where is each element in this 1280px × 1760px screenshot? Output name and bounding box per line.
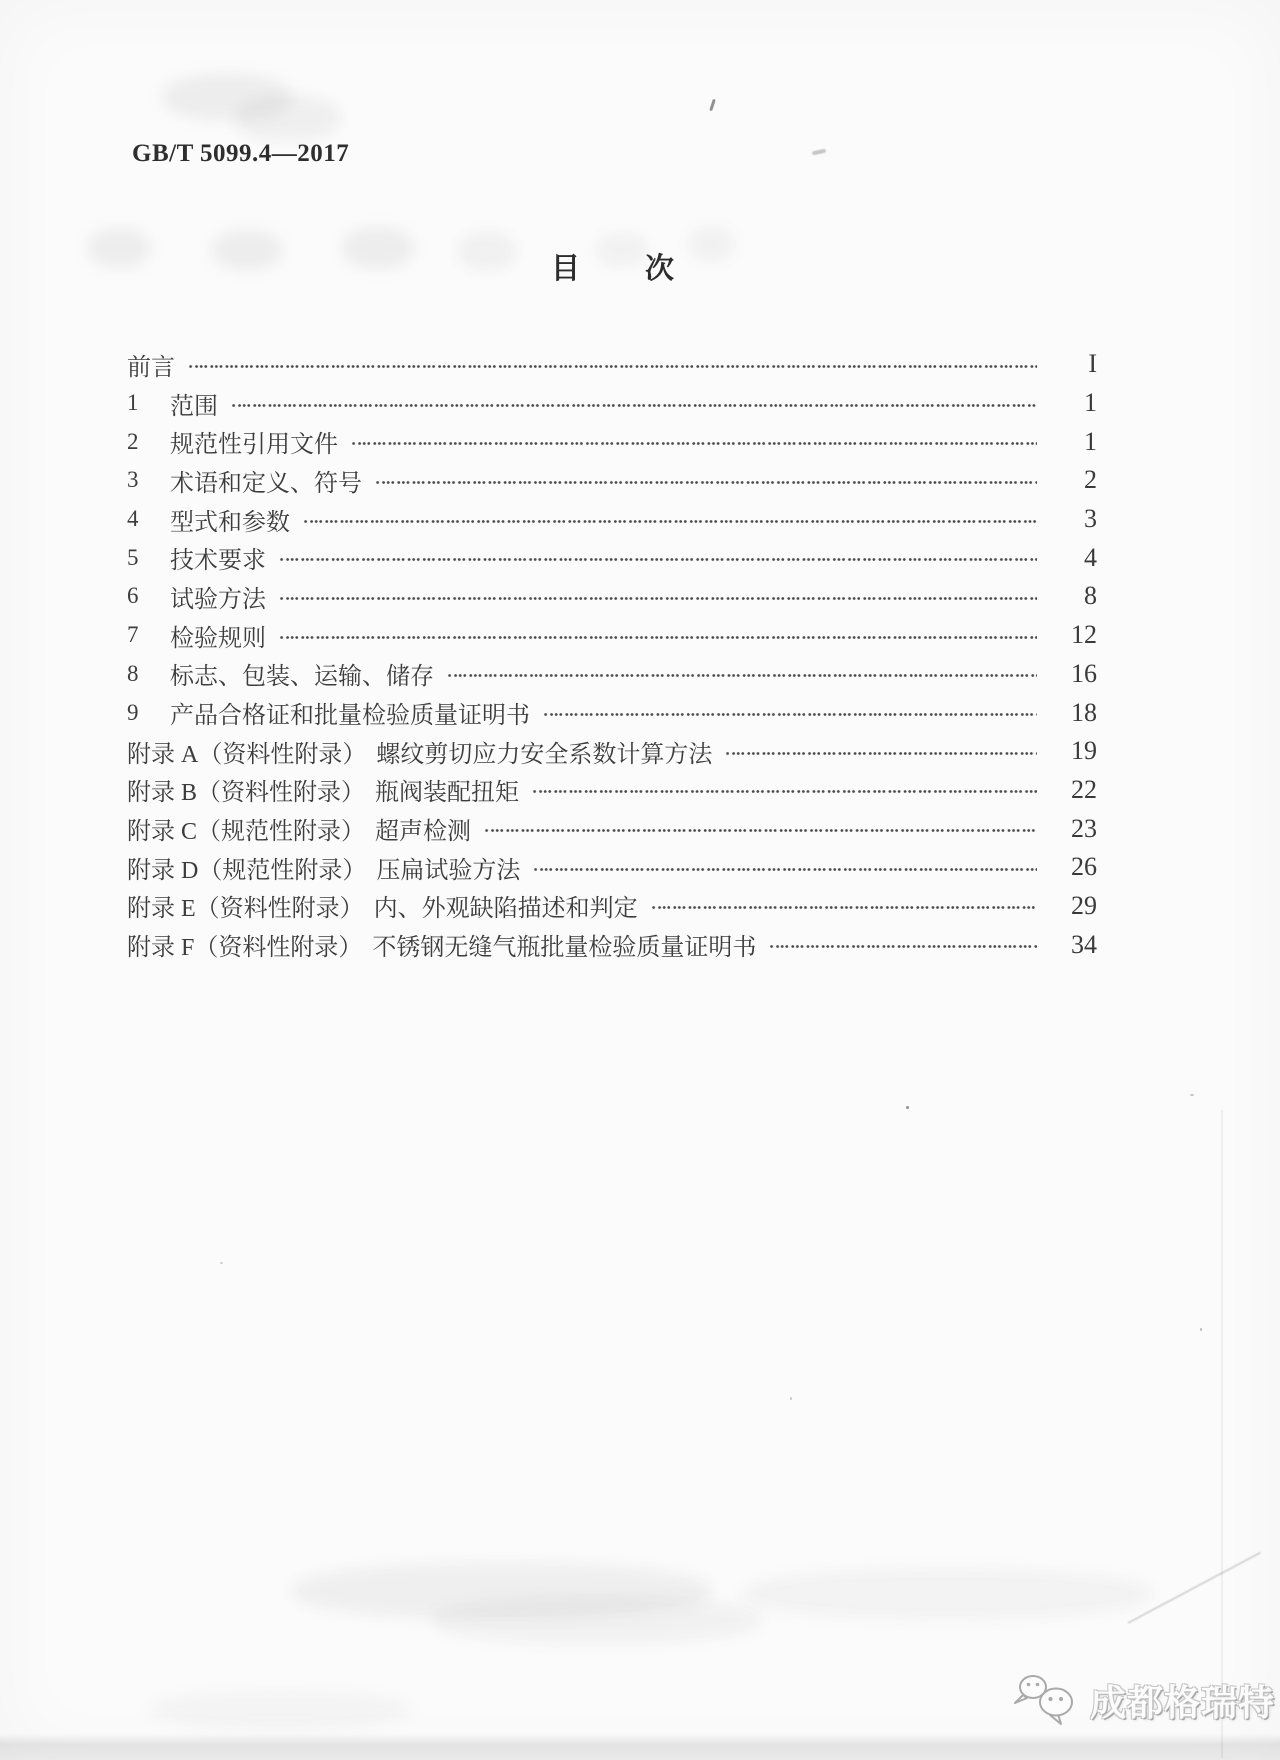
toc-entry-label: 内、外观缺陷描述和判定 bbox=[374, 888, 638, 923]
toc-entry-number: 5 bbox=[127, 545, 170, 571]
scan-speck bbox=[1200, 1328, 1202, 1331]
page-title: 目 次 bbox=[551, 246, 692, 287]
scan-speck bbox=[1190, 1094, 1194, 1096]
toc-leader-dots bbox=[280, 556, 1037, 563]
toc-entry-page-number: 8 bbox=[1051, 581, 1097, 611]
toc-leader-dots bbox=[652, 904, 1037, 911]
toc-entry-page-number: 16 bbox=[1051, 659, 1097, 689]
scan-speck bbox=[906, 1106, 909, 1109]
toc-leader-dots bbox=[533, 788, 1037, 795]
toc-leader-dots bbox=[304, 518, 1037, 525]
scan-bottom-edge bbox=[0, 1734, 1280, 1760]
toc-entry-label: 前言 bbox=[127, 347, 175, 382]
toc-entry-appendix-prefix: 附录 E（资料性附录） bbox=[127, 888, 364, 923]
toc-entry-page-number: I bbox=[1051, 349, 1097, 379]
toc-row: 附录 C（规范性附录）超声检测23 bbox=[127, 809, 1097, 848]
scan-smudge bbox=[235, 96, 340, 140]
scanned-document-page: GB/T 5099.4—2017 目 次 前言I1范围12规范性引用文件13术语… bbox=[0, 0, 1280, 1760]
watermark: 成都格瑞特 bbox=[1008, 1670, 1275, 1730]
scan-ghost-text bbox=[458, 232, 516, 270]
toc-leader-dots bbox=[485, 827, 1037, 834]
toc-entry-label: 产品合格证和批量检验质量证明书 bbox=[170, 695, 530, 730]
toc-entry-page-number: 34 bbox=[1051, 930, 1097, 960]
toc-leader-dots bbox=[534, 866, 1037, 873]
toc-entry-label: 试验方法 bbox=[170, 579, 266, 614]
toc-entry-page-number: 4 bbox=[1051, 543, 1097, 573]
toc-leader-dots bbox=[352, 440, 1037, 447]
toc-entry-label: 超声检测 bbox=[375, 811, 471, 846]
toc-row: 5技术要求4 bbox=[127, 538, 1097, 577]
toc-row: 附录 E（资料性附录）内、外观缺陷描述和判定29 bbox=[127, 887, 1097, 926]
toc-entry-number: 1 bbox=[127, 390, 170, 416]
toc-row: 附录 D（规范性附录）压扁试验方法26 bbox=[127, 848, 1097, 887]
toc-leader-dots bbox=[544, 711, 1037, 718]
scan-ghost-text bbox=[292, 1562, 712, 1620]
toc-entry-appendix-prefix: 附录 D（规范性附录） bbox=[127, 850, 366, 885]
scan-ghost-text bbox=[342, 227, 414, 269]
toc-entry-label: 螺纹剪切应力安全系数计算方法 bbox=[376, 734, 712, 769]
scan-mark bbox=[812, 149, 827, 156]
toc-row: 7检验规则12 bbox=[127, 616, 1097, 655]
toc-entry-appendix-prefix: 附录 B（资料性附录） bbox=[127, 772, 365, 807]
toc-entry-number: 9 bbox=[127, 700, 170, 726]
scan-mark bbox=[709, 99, 716, 111]
scan-edge-line bbox=[1221, 1110, 1223, 1758]
scan-ghost-text bbox=[742, 1568, 1152, 1620]
watermark-text: 成都格瑞特 bbox=[1090, 1675, 1275, 1726]
toc-entry-number: 3 bbox=[127, 467, 170, 493]
scan-ghost-text bbox=[688, 226, 734, 262]
toc-entry-page-number: 29 bbox=[1051, 891, 1097, 921]
scan-speck bbox=[790, 1397, 792, 1400]
toc-entry-number: 4 bbox=[127, 506, 170, 532]
toc-entry-appendix-prefix: 附录 A（资料性附录） bbox=[127, 734, 366, 769]
toc-row: 2规范性引用文件1 bbox=[127, 422, 1097, 461]
toc-row: 4型式和参数3 bbox=[127, 500, 1097, 539]
toc-leader-dots bbox=[189, 363, 1037, 370]
toc-entry-number: 7 bbox=[127, 622, 170, 648]
toc-entry-page-number: 12 bbox=[1051, 620, 1097, 650]
toc-row: 前言I bbox=[127, 345, 1097, 384]
toc-entry-label: 范围 bbox=[170, 386, 218, 421]
toc-leader-dots bbox=[448, 672, 1037, 679]
toc-entry-page-number: 3 bbox=[1051, 504, 1097, 534]
toc-entry-number: 6 bbox=[127, 583, 170, 609]
toc-row: 1范围1 bbox=[127, 384, 1097, 423]
toc-entry-page-number: 23 bbox=[1051, 814, 1097, 844]
toc-list: 前言I1范围12规范性引用文件13术语和定义、符号24型式和参数35技术要求46… bbox=[127, 345, 1097, 964]
toc-row: 附录 B（资料性附录）瓶阀装配扭矩22 bbox=[127, 771, 1097, 810]
toc-leader-dots bbox=[280, 634, 1037, 641]
scan-scratch-line bbox=[1128, 1552, 1261, 1624]
toc-entry-label: 瓶阀装配扭矩 bbox=[375, 772, 519, 807]
toc-entry-number: 8 bbox=[127, 661, 170, 687]
toc-entry-label: 规范性引用文件 bbox=[170, 424, 338, 459]
scan-ghost-text bbox=[432, 1596, 762, 1644]
scan-ghost-text bbox=[88, 228, 150, 268]
toc-entry-page-number: 19 bbox=[1051, 736, 1097, 766]
toc-row: 3术语和定义、符号2 bbox=[127, 461, 1097, 500]
toc-row: 附录 A（资料性附录）螺纹剪切应力安全系数计算方法19 bbox=[127, 732, 1097, 771]
toc-row: 6试验方法8 bbox=[127, 577, 1097, 616]
toc-leader-dots bbox=[280, 595, 1037, 602]
wechat-icon bbox=[1008, 1670, 1078, 1730]
toc-entry-appendix-prefix: 附录 F（资料性附录） bbox=[127, 927, 362, 962]
toc-entry-label: 不锈钢无缝气瓶批量检验质量证明书 bbox=[372, 927, 756, 962]
toc-entry-label: 技术要求 bbox=[170, 540, 266, 575]
scan-speck bbox=[220, 1262, 223, 1264]
toc-entry-page-number: 22 bbox=[1051, 775, 1097, 805]
toc-entry-number: 2 bbox=[127, 429, 170, 455]
toc-entry-label: 检验规则 bbox=[170, 618, 266, 653]
scan-smudge bbox=[162, 74, 292, 120]
toc-leader-dots bbox=[376, 479, 1037, 486]
toc-entry-page-number: 18 bbox=[1051, 698, 1097, 728]
toc-entry-label: 术语和定义、符号 bbox=[170, 463, 362, 498]
toc-leader-dots bbox=[726, 750, 1037, 757]
toc-leader-dots bbox=[770, 943, 1037, 950]
scan-ghost-text bbox=[150, 1690, 410, 1730]
toc-entry-label: 标志、包装、运输、储存 bbox=[170, 656, 434, 691]
toc-entry-label: 型式和参数 bbox=[170, 502, 290, 537]
toc-entry-label: 压扁试验方法 bbox=[376, 850, 520, 885]
toc-leader-dots bbox=[232, 402, 1037, 409]
toc-row: 附录 F（资料性附录）不锈钢无缝气瓶批量检验质量证明书34 bbox=[127, 925, 1097, 964]
toc-entry-page-number: 2 bbox=[1051, 465, 1097, 495]
toc-entry-page-number: 1 bbox=[1051, 388, 1097, 418]
toc-row: 9产品合格证和批量检验质量证明书18 bbox=[127, 693, 1097, 732]
toc-entry-appendix-prefix: 附录 C（规范性附录） bbox=[127, 811, 365, 846]
toc-row: 8标志、包装、运输、储存16 bbox=[127, 655, 1097, 694]
toc-entry-page-number: 26 bbox=[1051, 852, 1097, 882]
standard-code: GB/T 5099.4—2017 bbox=[132, 140, 349, 168]
scan-ghost-text bbox=[212, 230, 282, 270]
toc-entry-page-number: 1 bbox=[1051, 427, 1097, 457]
